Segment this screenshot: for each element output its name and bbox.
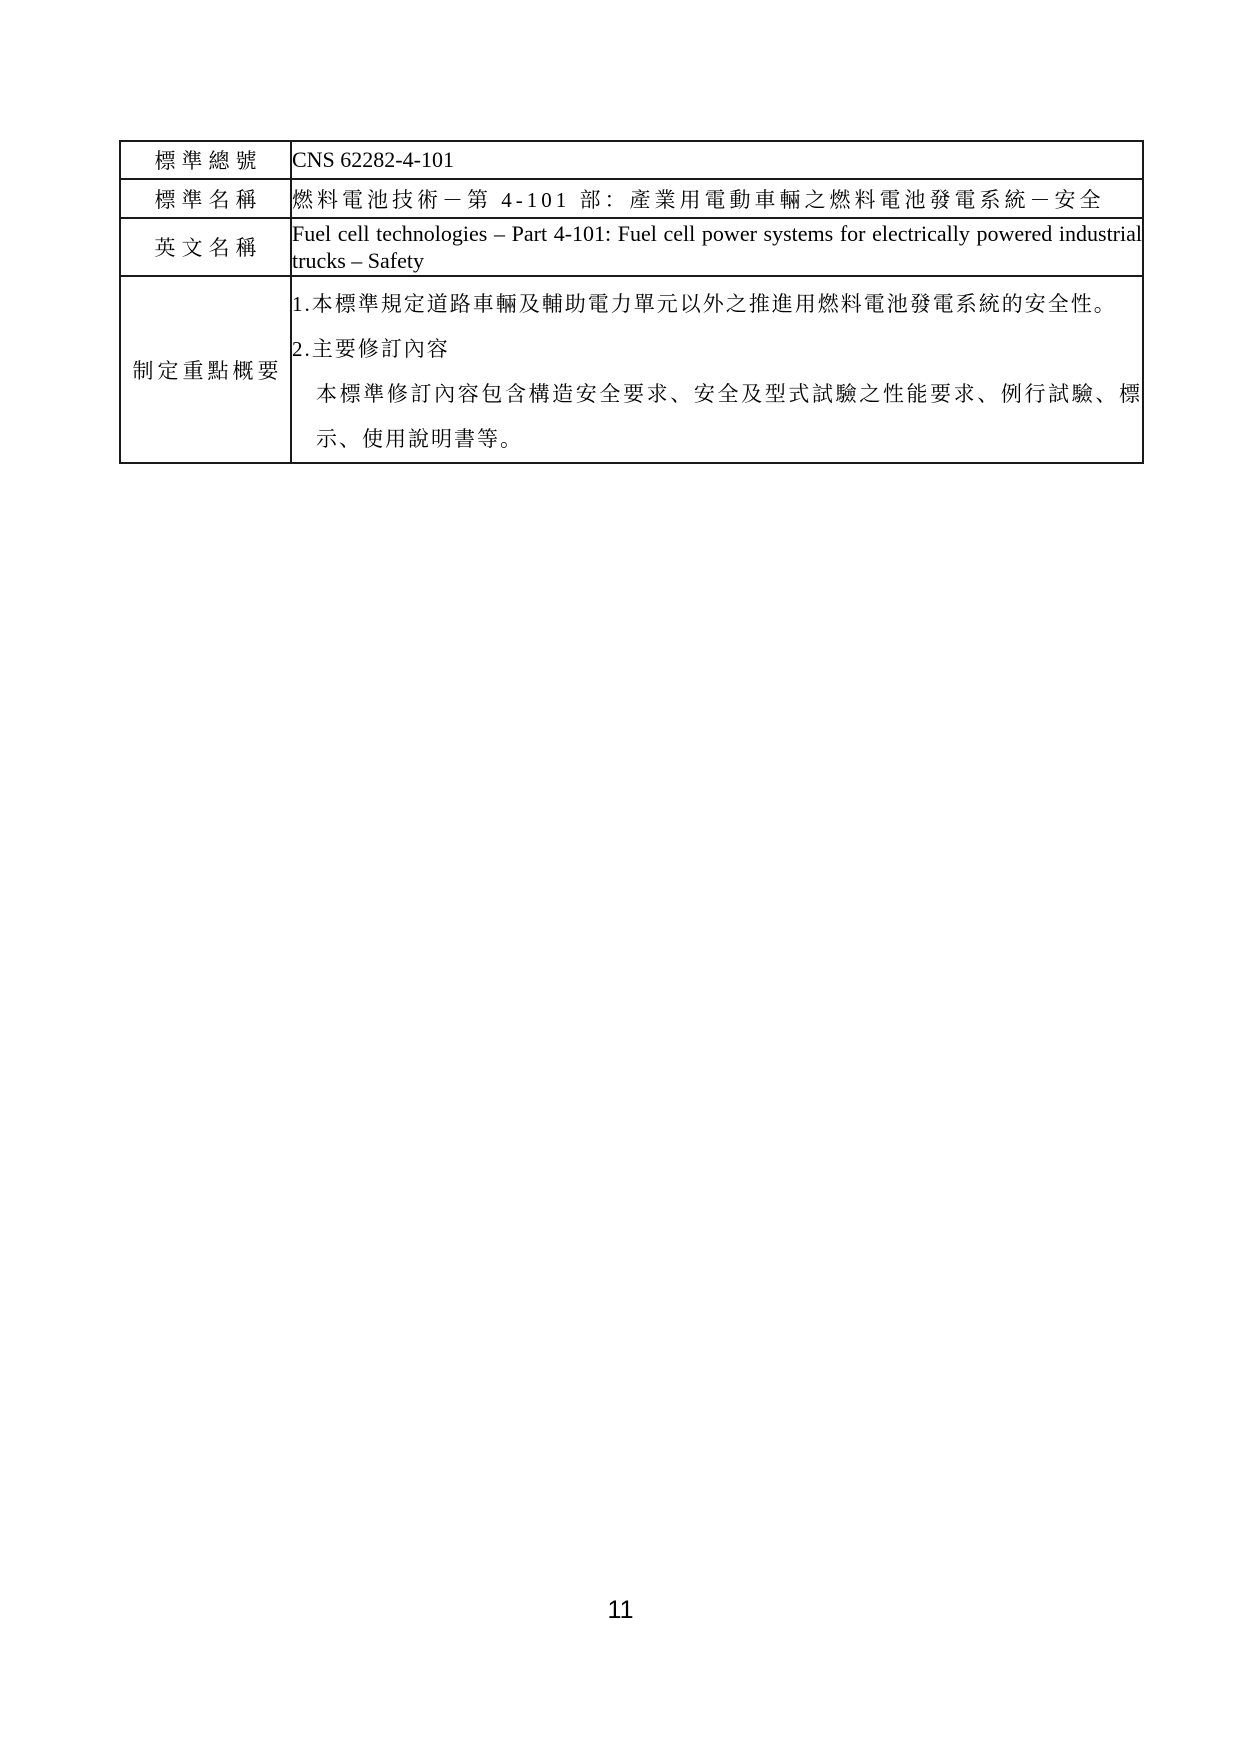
standard-spec-table: 標準總號 CNS 62282-4-101 標準名稱 燃料電池技術－第 4-101…: [119, 140, 1144, 464]
summary-point-1: 1.本標準規定道路車輛及輔助電力單元以外之推進用燃料電池發電系統的安全性。: [292, 282, 1142, 327]
summary-point-2: 2.主要修訂內容: [292, 327, 1142, 372]
table-row: 英文名稱 Fuel cell technologies – Part 4-101…: [120, 218, 1143, 276]
row-label-english-name: 英文名稱: [120, 218, 291, 276]
row-label-standard-name: 標準名稱: [120, 179, 291, 218]
table-row: 標準名稱 燃料電池技術－第 4-101 部：產業用電動車輛之燃料電池發電系統－安…: [120, 179, 1143, 218]
row-label-summary: 制定重點概要: [120, 276, 291, 463]
summary-value: 1.本標準規定道路車輛及輔助電力單元以外之推進用燃料電池發電系統的安全性。 2.…: [291, 276, 1143, 463]
page-number: 11: [0, 1596, 1241, 1625]
standard-name-value: 燃料電池技術－第 4-101 部：產業用電動車輛之燃料電池發電系統－安全: [291, 179, 1143, 218]
summary-point-2-detail: 本標準修訂內容包含構造安全要求、安全及型式試驗之性能要求、例行試驗、標示、使用說…: [292, 372, 1142, 462]
standard-number-value: CNS 62282-4-101: [291, 141, 1143, 179]
table-row: 標準總號 CNS 62282-4-101: [120, 141, 1143, 179]
document-page: 標準總號 CNS 62282-4-101 標準名稱 燃料電池技術－第 4-101…: [0, 0, 1241, 1754]
row-label-standard-number: 標準總號: [120, 141, 291, 179]
table-row: 制定重點概要 1.本標準規定道路車輛及輔助電力單元以外之推進用燃料電池發電系統的…: [120, 276, 1143, 463]
english-name-value: Fuel cell technologies – Part 4-101: Fue…: [291, 218, 1143, 276]
